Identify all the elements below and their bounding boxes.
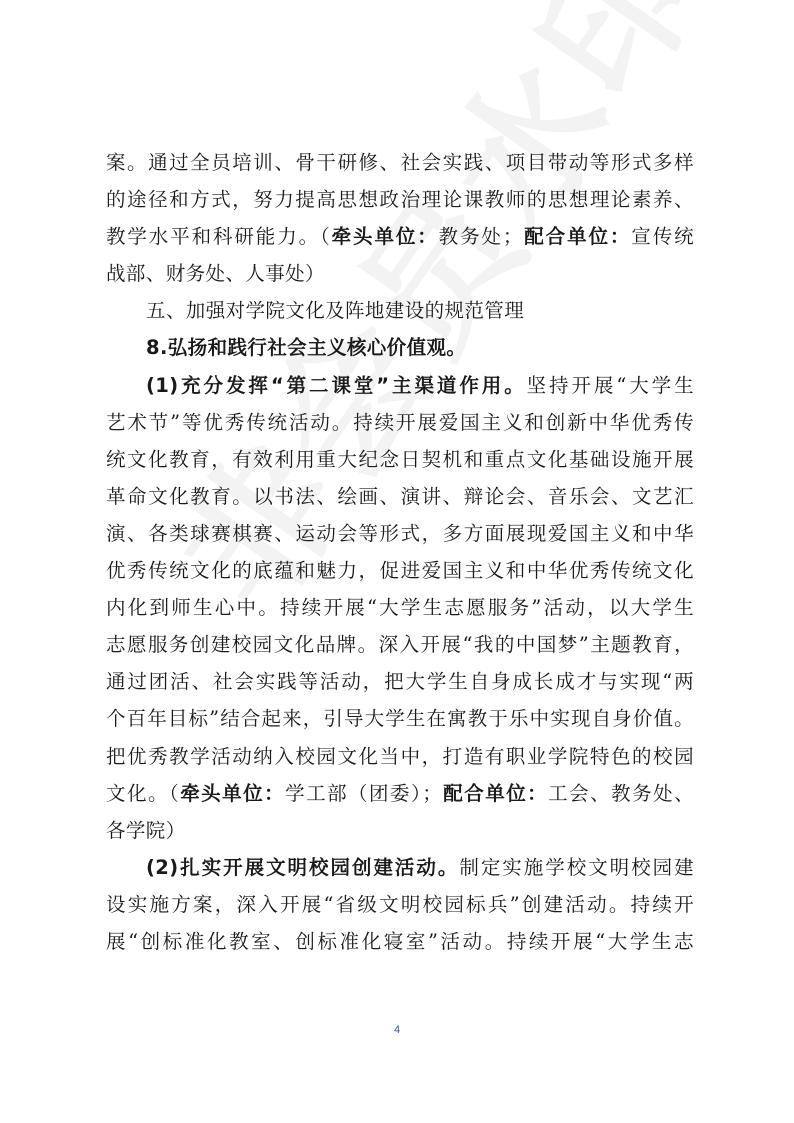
- body-text: 把优秀教学活动纳入校园文化当中，打造有职业学院特色的校园: [106, 745, 694, 768]
- body-text: 通过团活、社会实践等活动，把大学生自身成长成才与实现“两: [106, 670, 694, 693]
- text-line: 文化。（牵头单位：学工部（团委）；配合单位：工会、教务处、: [106, 775, 694, 812]
- bold-text: 配合单位：: [442, 782, 548, 805]
- body-text: 学工部（团委）；: [285, 782, 442, 805]
- page-number: 4: [0, 1024, 794, 1036]
- bold-text: (1)充分发挥“第二课堂”主渠道作用。: [146, 374, 527, 397]
- bold-text: 牵头单位：: [180, 782, 285, 805]
- text-line: 统文化教育，有效利用重大纪念日契机和重点文化基础设施开展: [106, 441, 694, 478]
- text-line: 各学院）: [106, 812, 694, 849]
- body-text: 坚持开展“大学生: [527, 374, 694, 397]
- text-line: 五、加强对学院文化及阵地建设的规范管理: [106, 292, 694, 329]
- text-line: 的途径和方式，努力提高思想政治理论课教师的思想理论素养、: [106, 181, 694, 218]
- body-text: 五、加强对学院文化及阵地建设的规范管理: [146, 299, 524, 322]
- text-line: 个百年目标”结合起来，引导大学生在寓教于乐中实现自身价值。: [106, 700, 694, 737]
- body-text: 制定实施学校文明校园建: [459, 856, 694, 879]
- body-text: 教务处；: [439, 225, 523, 248]
- body-text: 各学院）: [106, 819, 186, 842]
- text-line: 艺术节”等优秀传统活动。持续开展爱国主义和创新中华优秀传: [106, 404, 694, 441]
- text-line: 案。通过全员培训、骨干研修、社会实践、项目带动等形式多样: [106, 144, 694, 181]
- text-line: 革命文化教育。以书法、绘画、演讲、辩论会、音乐会、文艺汇: [106, 478, 694, 515]
- bold-text: 8.弘扬和践行社会主义核心价值观。: [146, 336, 466, 359]
- body-text: 设实施方案，深入开展“省级文明校园标兵”创建活动。持续开: [106, 893, 694, 916]
- text-line: 演、各类球赛棋赛、运动会等形式，多方面展现爱国主义和中华: [106, 515, 694, 552]
- body-text: 教学水平和科研能力。（: [106, 225, 332, 248]
- body-text: 优秀传统文化的底蕴和魅力，促进爱国主义和中华优秀传统文化: [106, 559, 694, 582]
- body-text: 志愿服务创建校园文化品牌。深入开展“我的中国梦”主题教育，: [106, 633, 694, 656]
- text-line: 内化到师生心中。持续开展“大学生志愿服务”活动，以大学生: [106, 589, 694, 626]
- body-text: 战部、财务处、人事处）: [106, 262, 325, 285]
- text-line: 把优秀教学活动纳入校园文化当中，打造有职业学院特色的校园: [106, 738, 694, 775]
- body-text: 展“创标准化教室、创标准化寝室”活动。持续开展“大学生志: [106, 930, 694, 953]
- text-line: 8.弘扬和践行社会主义核心价值观。: [106, 329, 694, 366]
- body-text: 革命文化教育。以书法、绘画、演讲、辩论会、音乐会、文艺汇: [106, 485, 694, 508]
- body-text: 演、各类球赛棋赛、运动会等形式，多方面展现爱国主义和中华: [106, 522, 694, 545]
- bold-text: 牵头单位：: [332, 225, 439, 248]
- body-text: 工会、教务处、: [548, 782, 694, 805]
- document-page: 非会员水印 案。通过全员培训、骨干研修、社会实践、项目带动等形式多样的途径和方式…: [0, 0, 794, 1123]
- body-text: 内化到师生心中。持续开展“大学生志愿服务”活动，以大学生: [106, 596, 694, 619]
- body-text: 案。通过全员培训、骨干研修、社会实践、项目带动等形式多样: [106, 151, 694, 174]
- text-line: 设实施方案，深入开展“省级文明校园标兵”创建活动。持续开: [106, 886, 694, 923]
- text-line: 教学水平和科研能力。（牵头单位：教务处；配合单位：宣传统: [106, 218, 694, 255]
- document-body: 案。通过全员培训、骨干研修、社会实践、项目带动等形式多样的途径和方式，努力提高思…: [106, 144, 694, 960]
- body-text: 文化。（: [106, 782, 180, 805]
- body-text: 的途径和方式，努力提高思想政治理论课教师的思想理论素养、: [106, 188, 694, 211]
- body-text: 个百年目标”结合起来，引导大学生在寓教于乐中实现自身价值。: [106, 707, 694, 730]
- text-line: 志愿服务创建校园文化品牌。深入开展“我的中国梦”主题教育，: [106, 626, 694, 663]
- body-text: 宣传统: [631, 225, 694, 248]
- text-line: 战部、财务处、人事处）: [106, 255, 694, 292]
- text-line: 展“创标准化教室、创标准化寝室”活动。持续开展“大学生志: [106, 923, 694, 960]
- body-text: 艺术节”等优秀传统活动。持续开展爱国主义和创新中华优秀传: [106, 411, 694, 434]
- bold-text: 配合单位：: [523, 225, 632, 248]
- bold-text: (2)扎实开展文明校园创建活动。: [146, 856, 459, 879]
- text-line: 通过团活、社会实践等活动，把大学生自身成长成才与实现“两: [106, 663, 694, 700]
- text-line: (1)充分发挥“第二课堂”主渠道作用。坚持开展“大学生: [106, 367, 694, 404]
- text-line: 优秀传统文化的底蕴和魅力，促进爱国主义和中华优秀传统文化: [106, 552, 694, 589]
- body-text: 统文化教育，有效利用重大纪念日契机和重点文化基础设施开展: [106, 448, 694, 471]
- text-line: (2)扎实开展文明校园创建活动。制定实施学校文明校园建: [106, 849, 694, 886]
